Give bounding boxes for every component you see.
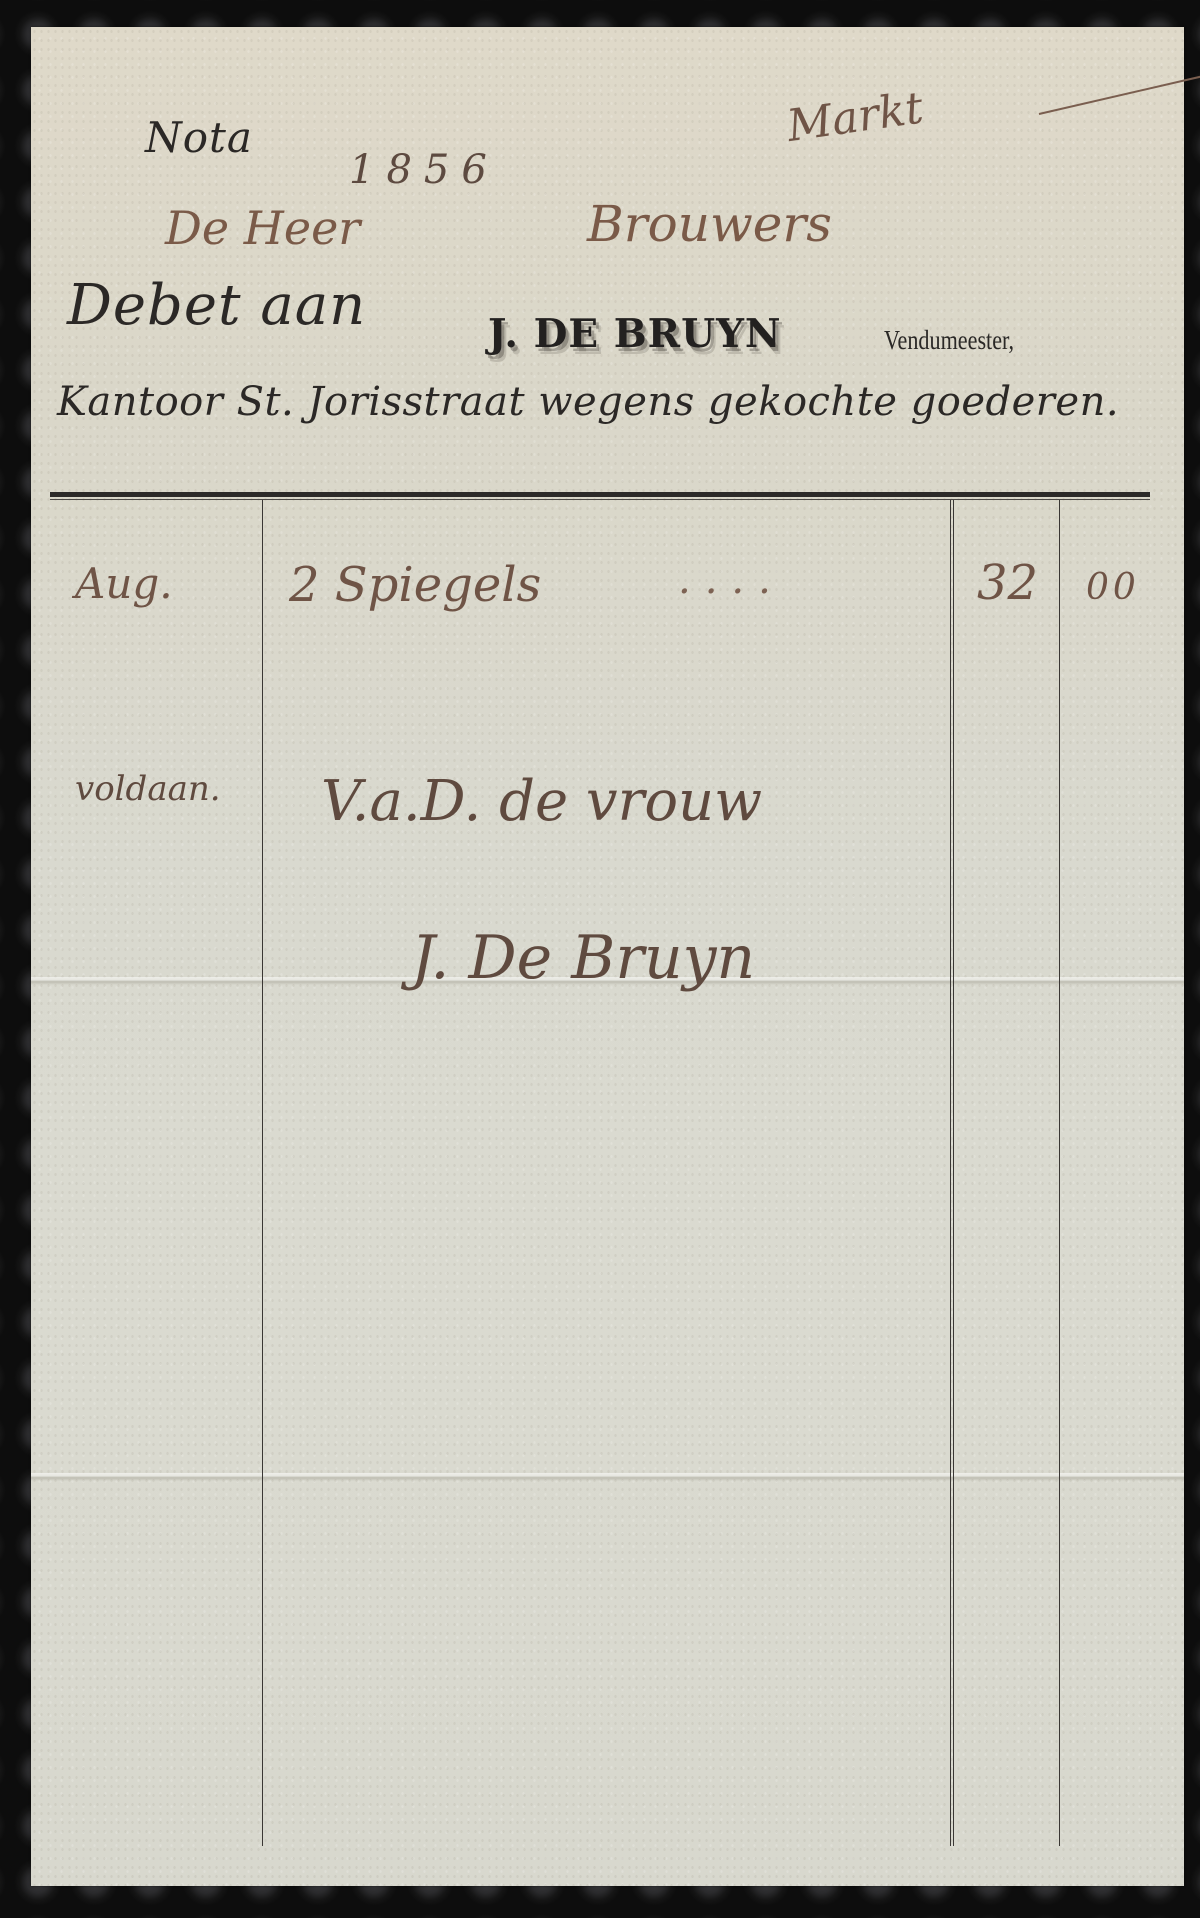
addressee-label: De Heer <box>165 201 360 255</box>
firm-name: J. DE BRUYN <box>488 311 782 357</box>
addressee-name: Brouwers <box>587 195 832 253</box>
nota-label: Nota <box>145 113 253 162</box>
column-divider-amount <box>950 500 951 1846</box>
debet-label: Debet aan <box>67 273 366 338</box>
row-amount-guilders: 32 <box>977 555 1038 611</box>
office-address-line: Kantoor St. Jorisstraat wegens gekochte … <box>57 379 1119 425</box>
row-date: Aug. <box>75 559 173 608</box>
firm-title: Vendumeester, <box>884 325 1014 356</box>
row-amount-cents: 00 <box>1086 567 1140 608</box>
location-note: Markt <box>784 82 926 152</box>
paid-on-behalf: V.a.D. de vrouw <box>321 769 762 834</box>
invoice-year: 1856 <box>349 147 499 193</box>
row-description: 2 Spiegels <box>289 557 541 613</box>
paid-note: voldaan. <box>75 769 221 809</box>
signature: J. De Bruyn <box>411 923 755 993</box>
invoice-paper: Nota 1856 Markt De Heer Brouwers Debet a… <box>31 27 1184 1886</box>
column-divider-date <box>262 500 263 1846</box>
column-divider-cents <box>1059 500 1060 1846</box>
table-header-rule <box>50 492 1150 497</box>
column-divider-amount <box>953 500 954 1846</box>
row-dot-leader: .... <box>678 557 785 603</box>
fold-crease <box>31 1473 1184 1481</box>
pen-flourish <box>1039 75 1200 115</box>
